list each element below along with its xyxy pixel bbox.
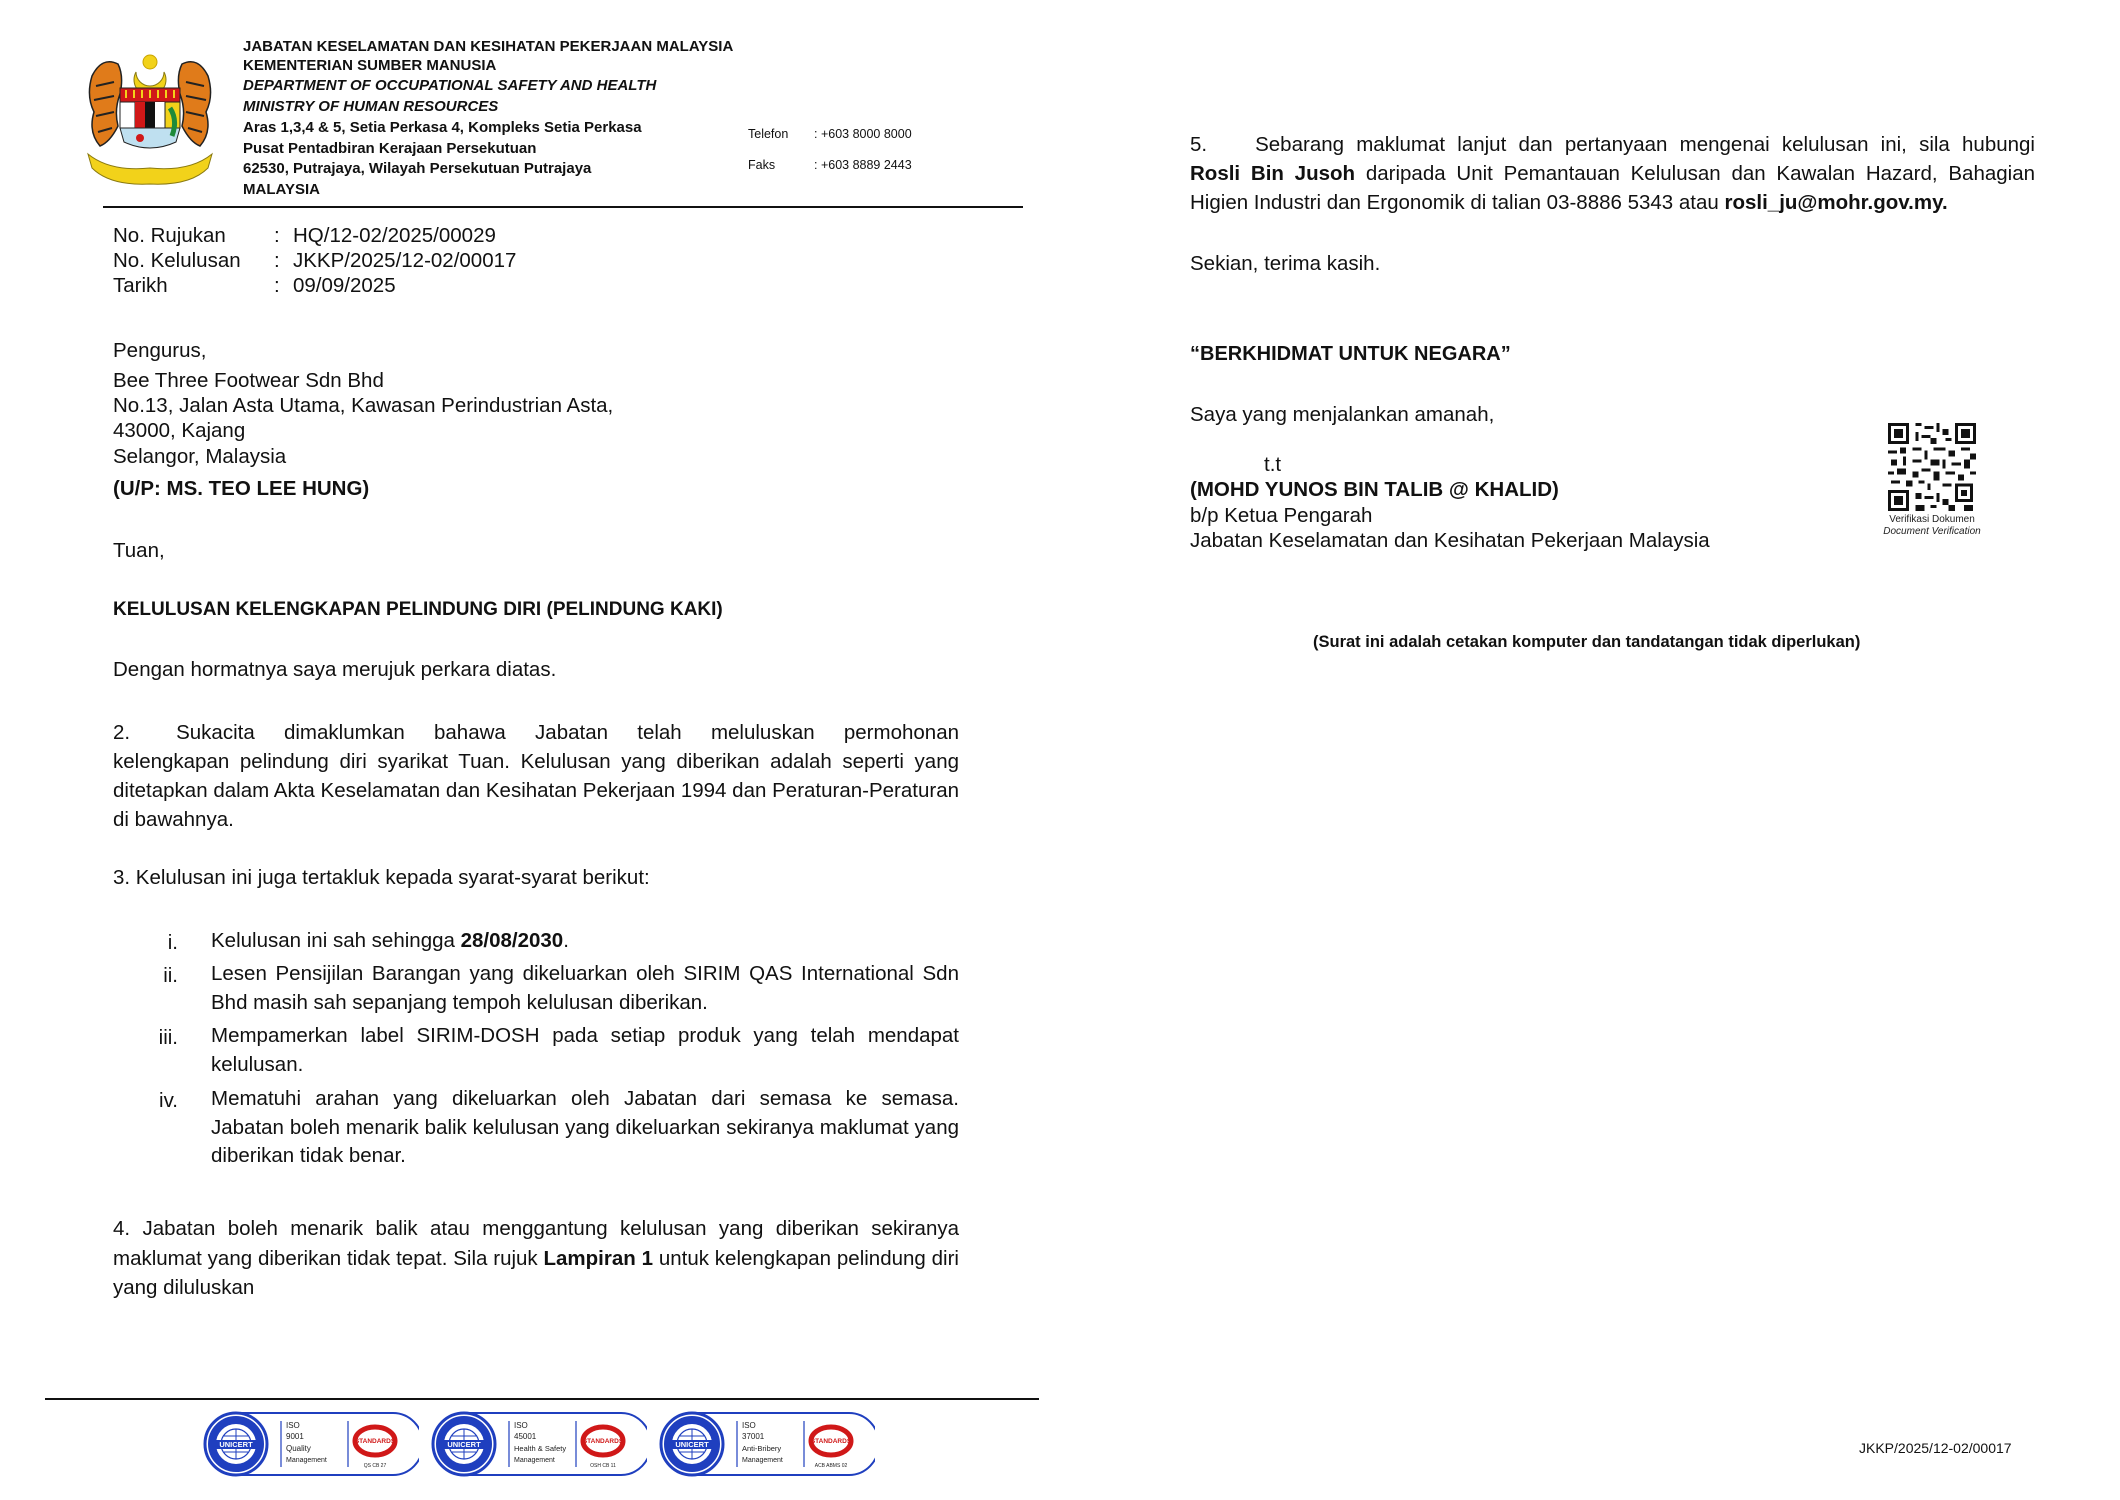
ref-label: No. Kelulusan <box>113 249 241 273</box>
signatory-organisation: Jabatan Keselamatan dan Kesihatan Pekerj… <box>1190 529 1710 553</box>
recipient-address-1: No.13, Jalan Asta Utama, Kawasan Perindu… <box>113 394 613 418</box>
attachment-reference: Lampiran 1 <box>544 1247 654 1270</box>
signoff: Saya yang menjalankan amanah, <box>1190 403 1494 427</box>
letterhead-line-6: Pusat Pentadbiran Kerajaan Persekutuan <box>243 140 536 158</box>
signature-mark: t.t <box>1264 453 1281 477</box>
svg-text:UNICERT: UNICERT <box>219 1440 253 1449</box>
svg-text:UNICERT: UNICERT <box>675 1440 709 1449</box>
motto: “BERKHIDMAT UNTUK NEGARA” <box>1190 342 1511 366</box>
qr-label-ms: Verifikasi Dokumen <box>1867 514 1997 526</box>
para-2-body: kelengkapan pelindung diri syarikat Tuan… <box>113 747 959 834</box>
svg-text:Health & Safety: Health & Safety <box>514 1444 566 1453</box>
para-5-first-line: 5. Sebarang maklumat lanjut dan pertanya… <box>1190 130 2035 159</box>
iso-37001-certification-logo: UNICERT ISO 37001 Anti-Bribery Managemen… <box>659 1411 875 1475</box>
para-2-number: 2. <box>113 718 130 747</box>
condition-4-number: iv. <box>118 1089 178 1113</box>
svg-text:ACB ABMS 02: ACB ABMS 02 <box>815 1463 848 1469</box>
fax-row: Faks: +603 8889 2443 <box>748 158 912 172</box>
contact-person-name: Rosli Bin Jusoh <box>1190 162 1355 185</box>
ref-sep: : <box>274 224 280 248</box>
signatory-name: (MOHD YUNOS BIN TALIB @ KHALID) <box>1190 478 1559 502</box>
svg-text:UNICERT: UNICERT <box>447 1440 481 1449</box>
para-5-number: 5. <box>1190 130 1207 159</box>
svg-text:ISO: ISO <box>286 1421 300 1430</box>
phone-label: Telefon <box>748 127 814 141</box>
svg-text:ISO: ISO <box>742 1421 756 1430</box>
ref-value: JKKP/2025/12-02/00017 <box>293 249 516 273</box>
svg-text:STANDARDS: STANDARDS <box>583 1438 624 1445</box>
qr-label-en: Document Verification <box>1867 526 1997 538</box>
recipient-address-3: Selangor, Malaysia <box>113 445 286 469</box>
condition-3-text: Mempamerkan label SIRIM-DOSH pada setiap… <box>211 1022 959 1079</box>
fax-value: : +603 8889 2443 <box>814 158 912 172</box>
phone-value: : +603 8000 8000 <box>814 127 912 141</box>
svg-text:STANDARDS: STANDARDS <box>811 1438 852 1445</box>
malaysia-crest-icon <box>80 46 220 194</box>
greeting: Tuan, <box>113 539 165 563</box>
letterhead-line-1: JABATAN KESELAMATAN DAN KESIHATAN PEKERJ… <box>243 38 733 56</box>
ref-sep: : <box>274 249 280 273</box>
condition-1-text-plain: Kelulusan ini sah sehingga <box>211 929 461 952</box>
para-2: 2. Sukacita dimaklumkan bahawa Jabatan t… <box>113 718 959 834</box>
fax-label: Faks <box>748 158 814 172</box>
svg-text:QS CB 27: QS CB 27 <box>364 1463 387 1469</box>
svg-text:OSH CB 11: OSH CB 11 <box>590 1463 616 1469</box>
svg-text:Management: Management <box>286 1457 327 1464</box>
condition-1-expiry-date: 28/08/2030 <box>461 929 564 952</box>
closing-line: Sekian, terima kasih. <box>1190 252 1380 276</box>
svg-text:ISO: ISO <box>514 1421 528 1430</box>
ref-value: HQ/12-02/2025/00029 <box>293 224 496 248</box>
svg-text:Management: Management <box>742 1457 783 1464</box>
letterhead-line-7: 62530, Putrajaya, Wilayah Persekutuan Pu… <box>243 160 591 178</box>
para-5: 5. Sebarang maklumat lanjut dan pertanya… <box>1190 130 2035 217</box>
letterhead-line-5: Aras 1,3,4 & 5, Setia Perkasa 4, Komplek… <box>243 119 642 137</box>
condition-1-text: Kelulusan ini sah sehingga 28/08/2030. <box>211 927 959 956</box>
svg-text:Quality: Quality <box>286 1444 311 1453</box>
ref-value: 09/09/2025 <box>293 274 396 298</box>
recipient-title: Pengurus, <box>113 339 206 363</box>
page-reference-footer: JKKP/2025/12-02/00017 <box>1859 1440 2012 1456</box>
signatory-role: b/p Ketua Pengarah <box>1190 504 1372 528</box>
svg-text:37001: 37001 <box>742 1432 765 1441</box>
para-4: 4. Jabatan boleh menarik balik atau meng… <box>113 1214 959 1303</box>
para-2-first-line: 2. Sukacita dimaklumkan bahawa Jabatan t… <box>113 718 959 747</box>
condition-2-number: ii. <box>118 964 178 988</box>
iso-9001-certification-logo: UNICERT ISO 9001 Quality Management STAN… <box>203 1411 419 1475</box>
letterhead-line-4: MINISTRY OF HUMAN RESOURCES <box>243 98 498 116</box>
condition-3-number: iii. <box>118 1026 178 1050</box>
letterhead-line-2: KEMENTERIAN SUMBER MANUSIA <box>243 57 496 75</box>
ref-label: No. Rujukan <box>113 224 226 248</box>
iso-45001-certification-logo: UNICERT ISO 45001 Health & Safety Manage… <box>431 1411 647 1475</box>
para-2-first-text: Sukacita dimaklumkan bahawa Jabatan tela… <box>176 718 959 747</box>
opening-line: Dengan hormatnya saya merujuk perkara di… <box>113 658 556 682</box>
phone-row: Telefon: +603 8000 8000 <box>748 127 912 141</box>
footer-divider <box>45 1398 1039 1400</box>
recipient-company: Bee Three Footwear Sdn Bhd <box>113 369 384 393</box>
recipient-attention: (U/P: MS. TEO LEE HUNG) <box>113 477 369 501</box>
para-3-intro: 3. Kelulusan ini juga tertakluk kepada s… <box>113 866 650 890</box>
condition-2-text: Lesen Pensijilan Barangan yang dikeluark… <box>211 960 959 1017</box>
letter-subject: KELULUSAN KELENGKAPAN PELINDUNG DIRI (PE… <box>113 598 723 622</box>
svg-text:Management: Management <box>514 1457 555 1464</box>
condition-1-text-end: . <box>563 929 569 952</box>
ref-sep: : <box>274 274 280 298</box>
letterhead-divider <box>103 206 1023 208</box>
svg-text:45001: 45001 <box>514 1432 537 1441</box>
para-5-first-text: Sebarang maklumat lanjut dan pertanyaan … <box>1255 130 2035 159</box>
svg-text:Anti-Bribery: Anti-Bribery <box>742 1444 781 1453</box>
svg-text:STANDARDS: STANDARDS <box>355 1438 396 1445</box>
condition-1-number: i. <box>118 931 178 955</box>
svg-text:9001: 9001 <box>286 1432 304 1441</box>
condition-4-text: Mematuhi arahan yang dikeluarkan oleh Ja… <box>211 1085 959 1171</box>
ref-label: Tarikh <box>113 274 168 298</box>
verification-qr-code-icon[interactable] <box>1888 423 1976 511</box>
recipient-address-2: 43000, Kajang <box>113 419 245 443</box>
letterhead-line-8: MALAYSIA <box>243 181 320 199</box>
para-5-body: Rosli Bin Jusoh daripada Unit Pemantauan… <box>1190 159 2035 217</box>
letterhead-line-3: DEPARTMENT OF OCCUPATIONAL SAFETY AND HE… <box>243 77 656 95</box>
contact-email-link[interactable]: rosli_ju@mohr.gov.my. <box>1725 191 1948 214</box>
computer-generated-note: (Surat ini adalah cetakan komputer dan t… <box>1313 633 1860 652</box>
